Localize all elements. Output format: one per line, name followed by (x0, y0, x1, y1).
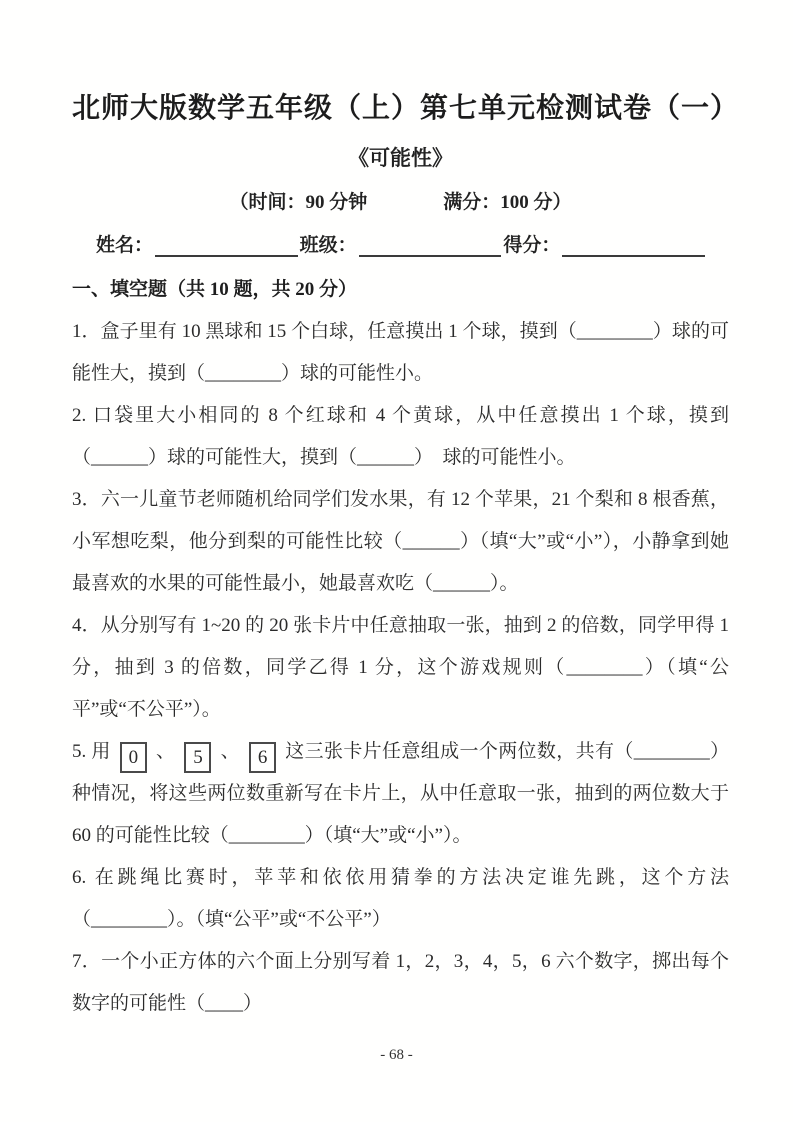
page-title: 北师大版数学五年级（上）第七单元检测试卷（一） (72, 86, 729, 126)
section-1-heading: 一、填空题（共 10 题，共 20 分） (72, 269, 729, 311)
question-6: 6. 在跳绳比赛时，苹苹和依依用猜拳的方法决定谁先跳，这个方法（________… (72, 857, 729, 941)
score-blank-line (562, 232, 705, 257)
question-1: 1．盒子里有 10 黑球和 15 个白球，任意摸出 1 个球，摸到（______… (72, 311, 729, 395)
name-blank-line (155, 232, 298, 257)
number-card-6: 6 (249, 742, 276, 773)
question-5: 5. 用 0 、 5 、 6 这三张卡片任意组成一个两位数，共有（_______… (72, 731, 729, 857)
question-4: 4．从分别写有 1~20 的 20 张卡片中任意抽取一张，抽到 2 的倍数，同学… (72, 605, 729, 731)
class-label: 班级： (300, 230, 357, 257)
time-score-line: （时间：90 分钟 满分：100 分） (72, 187, 729, 214)
question-5-prefix: 5. 用 (72, 741, 111, 762)
page-number: - 68 - (0, 1047, 793, 1064)
card-separator-2: 、 (221, 741, 240, 762)
question-7: 7．一个小正方体的六个面上分别写着 1，2，3，4，5，6 六个数字，掷出每个数… (72, 941, 729, 1025)
name-class-score-row: 姓名： 班级： 得分： (96, 230, 707, 257)
unit-subtitle: 《可能性》 (72, 142, 729, 172)
question-3: 3．六一儿童节老师随机给同学们发水果，有 12 个苹果，21 个梨和 8 根香蕉… (72, 479, 729, 605)
class-blank-line (359, 232, 502, 257)
card-separator-1: 、 (156, 741, 175, 762)
number-card-0: 0 (120, 742, 147, 773)
question-2: 2. 口袋里大小相同的 8 个红球和 4 个黄球，从中任意摸出 1 个球，摸到（… (72, 395, 729, 479)
name-label: 姓名： (96, 230, 153, 257)
test-paper-page: 北师大版数学五年级（上）第七单元检测试卷（一） 《可能性》 （时间：90 分钟 … (0, 0, 793, 1122)
number-card-5: 5 (184, 742, 211, 773)
score-label: 得分： (503, 230, 560, 257)
